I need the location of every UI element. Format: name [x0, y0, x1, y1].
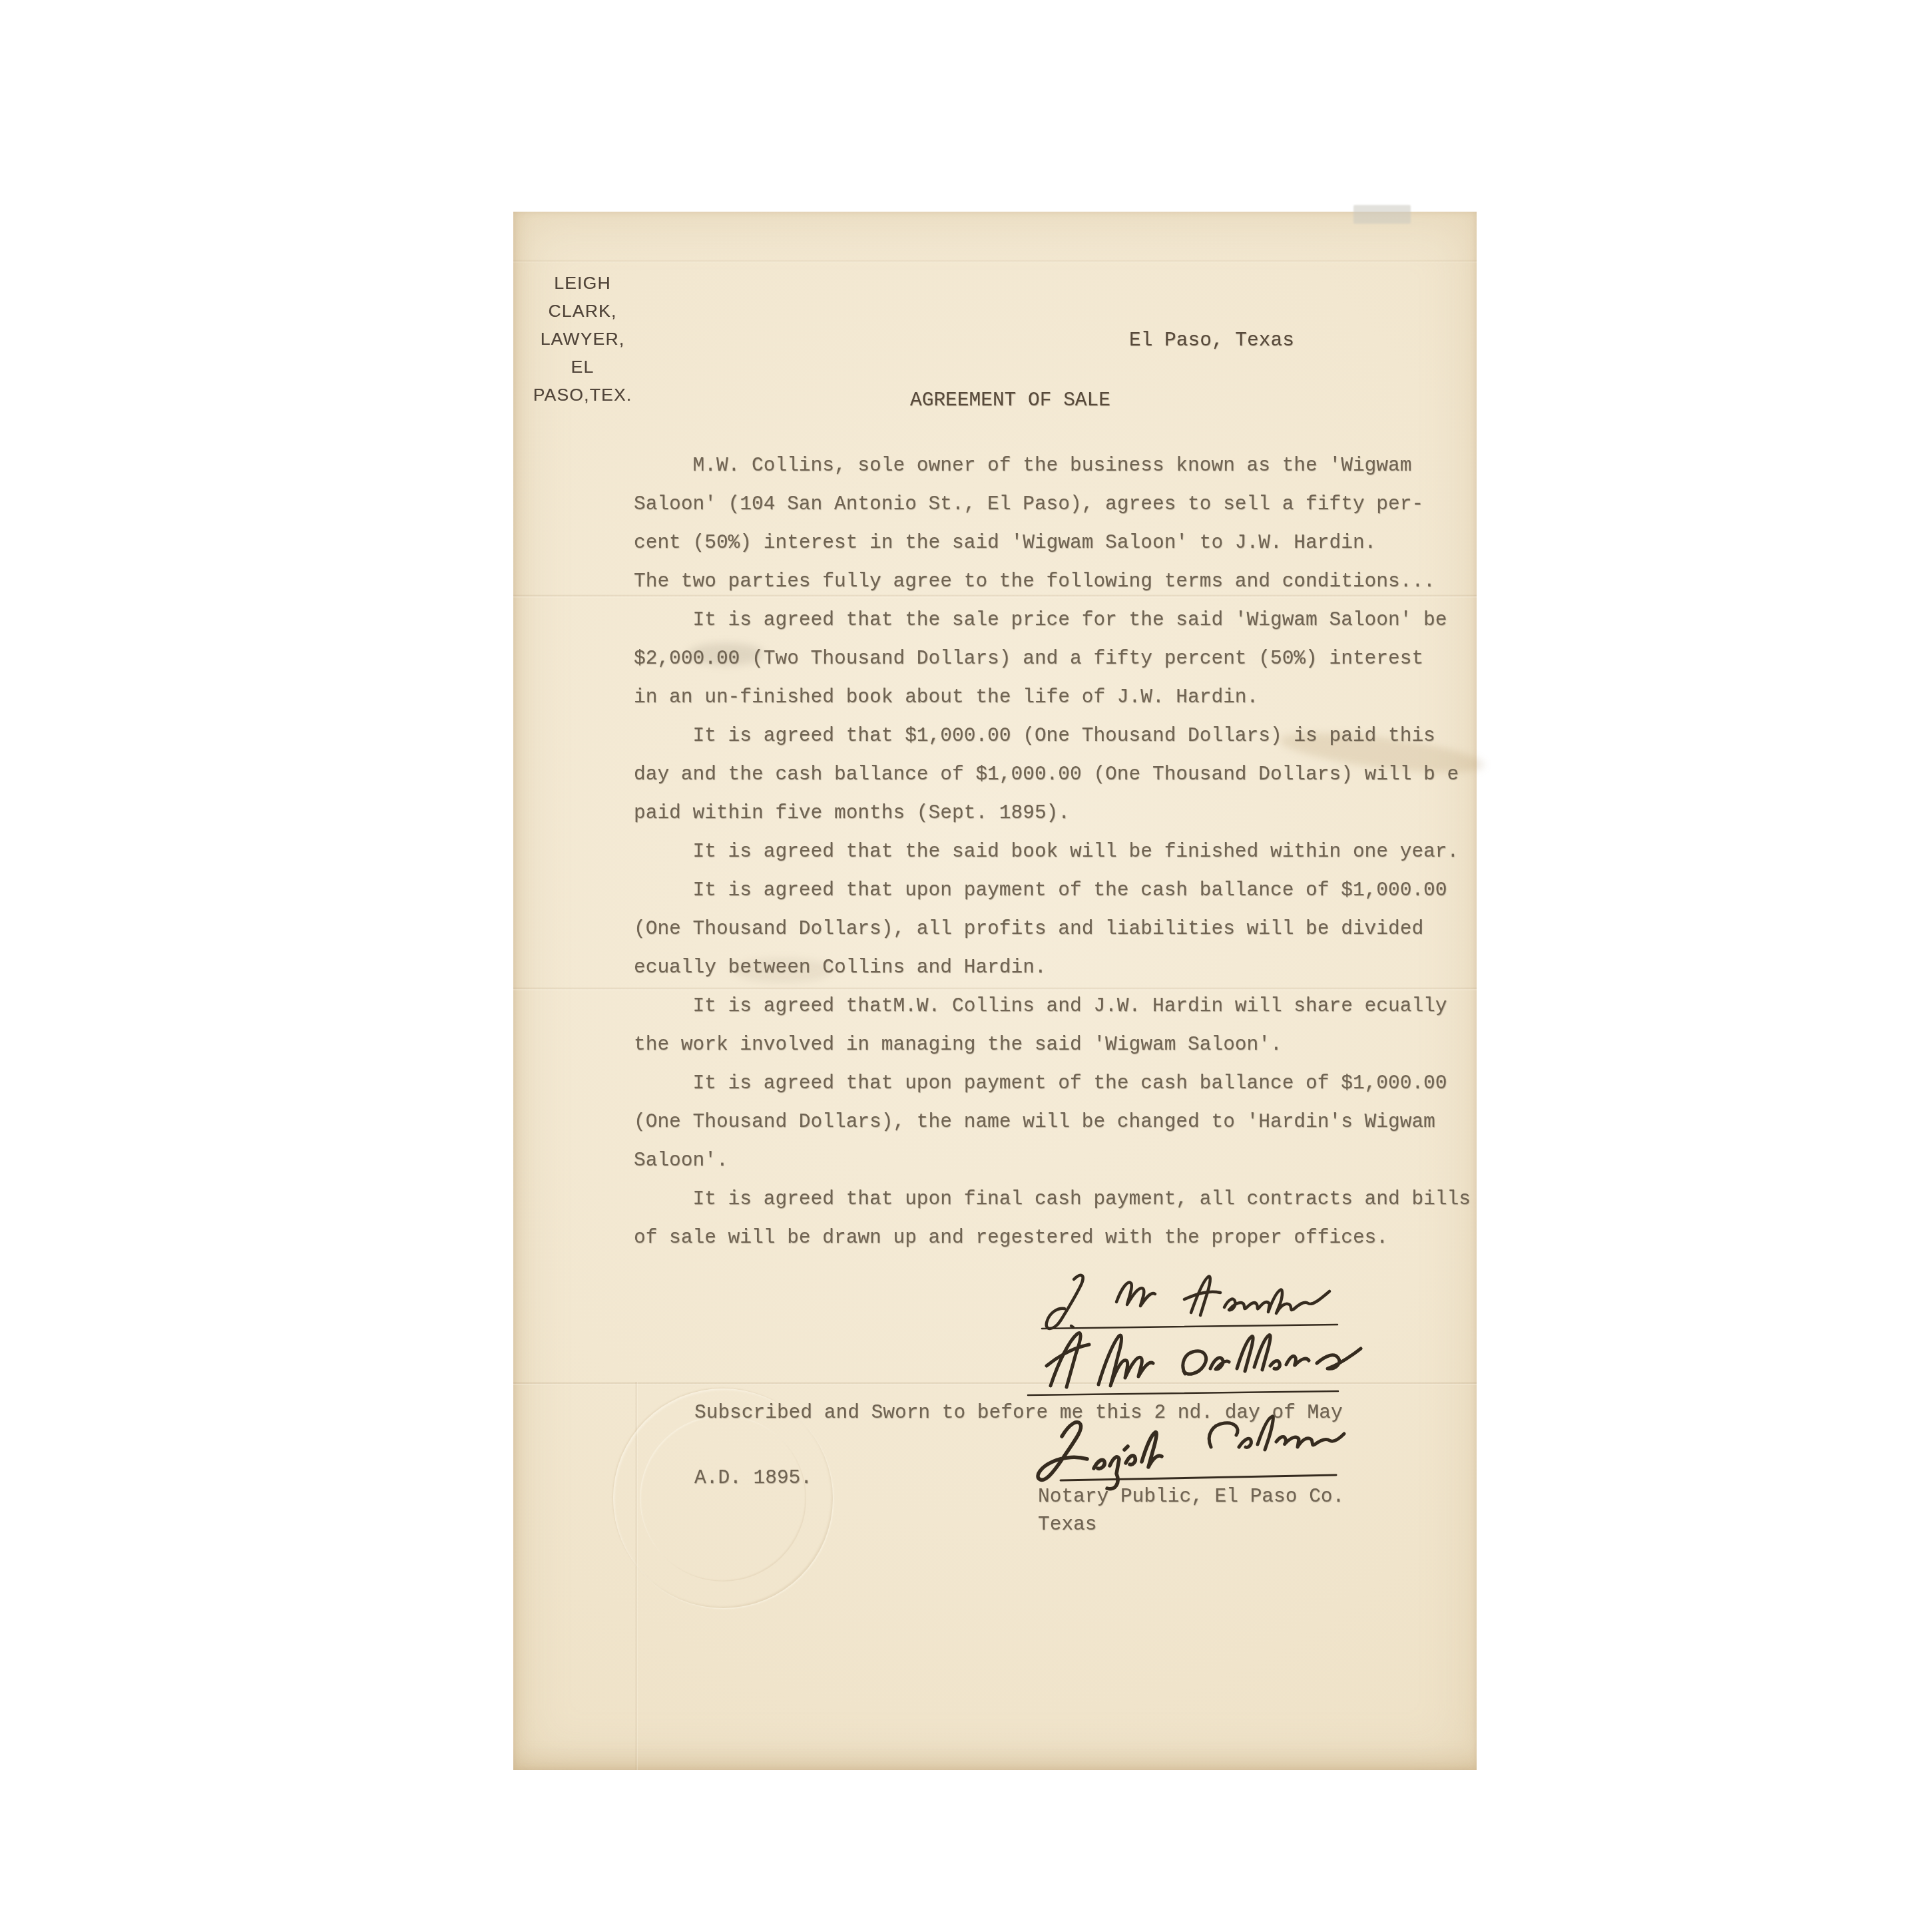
typed-line: ecually between Collins and Hardin.	[634, 948, 1471, 986]
scan-page: { "document": { "letterhead": { "lines":…	[0, 0, 1932, 1917]
letterhead: LEIGH CLARK,LAWYER,EL PASO,TEX.	[527, 269, 638, 409]
typed-line: in an un-finished book about the life of…	[634, 678, 1471, 716]
typed-line: paid within five months (Sept. 1895).	[634, 793, 1471, 832]
embossed-seal-inner-ring	[640, 1415, 806, 1582]
typed-line: of sale will be drawn up and regestered …	[634, 1218, 1471, 1257]
typed-line: cent (50%) interest in the said 'Wigwam …	[634, 523, 1471, 562]
notary-date: A.D. 1895.	[694, 1466, 812, 1489]
typed-line: It is agreed that upon final cash paymen…	[634, 1179, 1471, 1218]
letterhead-line: EL PASO,TEX.	[527, 353, 638, 409]
typed-line: $2,000.00 (Two Thousand Dollars) and a f…	[634, 639, 1471, 678]
typed-line: Saloon'.	[634, 1141, 1471, 1179]
typed-line: Saloon' (104 San Antonio St., El Paso), …	[634, 485, 1471, 523]
collins-signature	[1023, 1325, 1369, 1402]
typed-line: day and the cash ballance of $1,000.00 (…	[634, 755, 1471, 793]
notary-signature-drawing	[1019, 1408, 1365, 1496]
letterhead-line: LEIGH CLARK,	[527, 269, 638, 325]
collins-signature-drawing	[1023, 1325, 1369, 1402]
document-title: AGREEMENT OF SALE	[910, 389, 1110, 411]
typed-line: the work involved in managing the said '…	[634, 1025, 1471, 1064]
notary-signature	[1019, 1408, 1365, 1496]
tape-remnant	[1353, 205, 1411, 224]
letterhead-line: LAWYER,	[527, 325, 638, 353]
agreement-body: M.W. Collins, sole owner of the business…	[634, 446, 1471, 1257]
typed-line: (One Thousand Dollars), all profits and …	[634, 909, 1471, 948]
typed-line: It is agreed that upon payment of the ca…	[634, 1064, 1471, 1102]
typed-line: It is agreed that $1,000.00 (One Thousan…	[634, 716, 1471, 755]
document-paper: LEIGH CLARK,LAWYER,EL PASO,TEX. El Paso,…	[513, 212, 1477, 1770]
typed-line: It is agreed thatM.W. Collins and J.W. H…	[634, 986, 1471, 1025]
typed-line: M.W. Collins, sole owner of the business…	[634, 446, 1471, 485]
typed-line: It is agreed that upon payment of the ca…	[634, 871, 1471, 909]
fold-crease-top	[513, 260, 1477, 263]
notary-state-line: Texas	[1038, 1513, 1097, 1536]
dateline: El Paso, Texas	[1129, 329, 1294, 351]
typed-line: The two parties fully agree to the follo…	[634, 562, 1471, 600]
typed-line: (One Thousand Dollars), the name will be…	[634, 1102, 1471, 1141]
typed-line: It is agreed that the sale price for the…	[634, 600, 1471, 639]
typed-line: It is agreed that the said book will be …	[634, 832, 1471, 871]
